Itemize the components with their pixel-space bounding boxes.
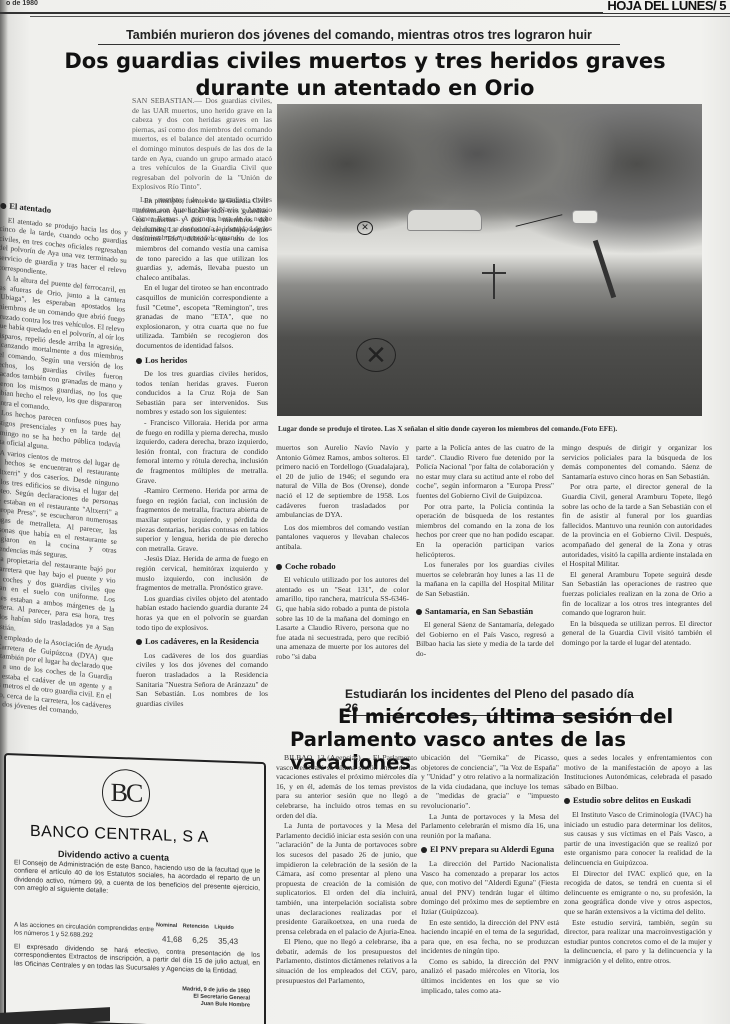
header-retencion: Retención — [183, 923, 209, 930]
bullet-icon — [136, 358, 142, 364]
paragraph: El vehículo utilizado por los autores de… — [276, 575, 409, 661]
paragraph: mingo después de dirigir y organizar los… — [562, 443, 712, 481]
paragraph: Por otra parte, la Policía continúa la o… — [416, 502, 554, 560]
paragraph: Este estudio servirá, también, según su … — [564, 918, 712, 966]
article2-column-2: ubicación del "Gernika" de Picasso, obje… — [421, 753, 559, 996]
subhead-coche-robado: Coche robado — [276, 562, 409, 572]
paragraph: parte a la Policía antes de las cuatro d… — [416, 443, 554, 501]
paragraph: - Francisco Villoraia. Herida por arma d… — [136, 418, 268, 485]
paragraph: El Instituto Vasco de Criminología (IVAC… — [564, 810, 712, 868]
header-liquido: Líquido — [214, 924, 233, 931]
bank-name: BANCO CENTRAL, S A — [30, 823, 209, 847]
bullet-icon — [416, 609, 422, 615]
ad-table-label: A las acciones en circulación comprendid… — [14, 921, 154, 942]
bullet-icon — [564, 798, 570, 804]
page-header: o de 1980 HOJA DEL LUNES/ 5 — [0, 0, 730, 14]
arrow-icon — [516, 214, 563, 227]
photo-cross — [482, 272, 506, 274]
photo-caption: Lugar donde se produjo el tiroteo. Las X… — [278, 425, 708, 433]
photo-car — [407, 209, 482, 231]
bank-logo-icon: BC — [102, 768, 150, 818]
paragraph: La propietaria del restaurante bajó por … — [0, 553, 116, 643]
paragraph: La dirección del Partido Nacionalista Va… — [421, 859, 559, 917]
paragraph: En el lugar del tiroteo se han encontrad… — [136, 283, 268, 350]
paragraph: BILBAO, 13 (Agencias).— El Parlamento va… — [276, 753, 417, 820]
value-liquido: 35,43 — [218, 936, 238, 946]
value-nominal: 41,68 — [162, 935, 182, 945]
ad-body-2: El expresado dividendo se hará efectivo,… — [14, 943, 260, 976]
subhead-text: Los heridos — [145, 355, 187, 365]
x-mark-icon: ✕ — [356, 338, 396, 372]
subhead-pnv: El PNV prepara su Alderdi Eguna — [421, 845, 559, 855]
value-retencion: 6,25 — [192, 936, 208, 946]
subhead-delitos: Estudio sobre delitos en Euskadi — [564, 796, 712, 806]
paragraph: -Jesús Díaz. Herida de arma de fuego en … — [136, 554, 268, 592]
headline-line-1: El miércoles, última sesión del — [290, 705, 710, 728]
paragraph: Como es sabido, la dirección del PNV ana… — [421, 957, 559, 995]
subhead-text: Estudio sobre delitos en Euskadi — [573, 795, 691, 805]
article1-headline: Dos guardias civiles muertos y tres heri… — [40, 48, 690, 102]
article1-column-4: parte a la Policía antes de las cuatro d… — [416, 443, 554, 659]
page-number: / 5 — [713, 0, 726, 13]
ad-table-values: 41,68 6,25 35,43 — [162, 935, 238, 947]
bullet-icon — [0, 203, 6, 210]
subhead-text: Santamaría, en San Sebastián — [425, 606, 533, 616]
paragraph: El Director del IVAC explicó que, en la … — [564, 869, 712, 917]
newspaper-page: o de 1980 HOJA DEL LUNES/ 5 También muri… — [0, 0, 730, 1024]
paragraph: Los funerales por los guardias civiles m… — [416, 560, 554, 598]
paragraph: El general Sáenz de Santamaría, delegado… — [416, 620, 554, 658]
paragraph: La Junta de portavoces y la Mesa del Par… — [276, 821, 417, 936]
paragraph: Por otra parte, el director general de l… — [562, 482, 712, 568]
subhead-text: Coche robado — [285, 561, 336, 571]
subhead-text: Los cadáveres, en la Residencia — [145, 636, 259, 646]
article2-column-3: ques a sedes locales y enfrentamientos c… — [564, 753, 712, 966]
lead-text: SAN SEBASTIAN.— Dos guardias civiles, de… — [132, 96, 272, 192]
paragraph: El general Aramburu Topete seguirá desde… — [562, 570, 712, 618]
subhead-text: El PNV prepara su Alderdi Eguna — [430, 844, 554, 854]
article2-column-1: BILBAO, 13 (Agencias).— El Parlamento va… — [276, 753, 417, 986]
article1-column-3: muertos son Aurelio Navío Navío y Antoni… — [276, 443, 409, 662]
ad-table-headers: Nominal Retención Líquido — [156, 922, 234, 931]
bullet-icon — [421, 847, 427, 853]
masthead-title: HOJA DEL LUNES — [607, 0, 713, 13]
subhead-los-heridos: Los heridos — [136, 356, 268, 366]
header-nominal: Nominal — [156, 922, 177, 929]
header-date: o de 1980 — [6, 0, 38, 7]
paragraph: Los cadáveres de los dos guardias civile… — [136, 651, 268, 709]
paragraph: Los guardias civiles objeto del atentado… — [136, 594, 268, 632]
paragraph: ques a sedes locales y enfrentamientos c… — [564, 753, 712, 791]
paragraph: Los dos miembros del comando vestían pan… — [276, 523, 409, 552]
ad-body: El Consejo de Administración de este Ban… — [14, 859, 260, 901]
masthead: HOJA DEL LUNES/ 5 — [603, 0, 730, 13]
news-photo-shooting-site: ✕ ✕ — [277, 104, 702, 416]
banco-central-advertisement: BC BANCO CENTRAL, S A Dividendo activo a… — [4, 753, 266, 1024]
photo-pole — [593, 240, 616, 299]
photo-cross — [493, 264, 495, 299]
subhead-los-cadaveres: Los cadáveres, en la Residencia — [136, 637, 268, 647]
paragraph: El Pleno, que no llegó a celebrarse, iba… — [276, 937, 417, 985]
paragraph: A la altura del puente del ferrocarril, … — [0, 273, 126, 420]
paragraph: A varios cientos de metros del lugar de … — [0, 447, 120, 566]
photo-car — [572, 210, 598, 224]
ad-signature: Madrid, 9 de julio de 1980 El Secretario… — [182, 986, 250, 1009]
paragraph: En este sentido, la dirección del PNV es… — [421, 918, 559, 956]
article1-column-1: El atentado El atentado se produjo hacia… — [0, 100, 132, 721]
paragraph: De los tres guardias civiles heridos, to… — [136, 369, 268, 417]
paragraph: En la búsqueda se utilizan perros. El di… — [562, 619, 712, 648]
headline-line-1: Dos guardias civiles muertos y tres heri… — [40, 48, 690, 75]
paragraph: muertos son Aurelio Navío Navío y Antoni… — [276, 443, 409, 520]
header-rule — [30, 16, 730, 17]
subhead-text: El atentado — [9, 201, 51, 215]
article1-kicker: También murieron dos jóvenes del comando… — [98, 28, 620, 45]
paragraph: -Ramiro Cermeno. Herida por arma de fueg… — [136, 486, 268, 553]
paragraph: Un empleado de la Asociación de Ayuda en… — [0, 631, 113, 721]
bullet-icon — [276, 564, 282, 570]
paragraph: La Junta de portavoces y la Mesa del Par… — [421, 812, 559, 841]
article1-column-5: mingo después de dirigir y organizar los… — [562, 443, 712, 648]
paragraph: ubicación del "Gernika" de Picasso, obje… — [421, 753, 559, 811]
paragraph: En principio, fuentes de la Guardia Civi… — [136, 196, 268, 282]
sign-name: Juan Bule Hombre — [182, 1000, 250, 1009]
x-mark-icon: ✕ — [357, 221, 373, 235]
bullet-icon — [136, 639, 142, 645]
subhead-santamaria: Santamaría, en San Sebastián — [416, 607, 554, 617]
article1-column-2: En principio, fuentes de la Guardia Civi… — [136, 196, 268, 709]
